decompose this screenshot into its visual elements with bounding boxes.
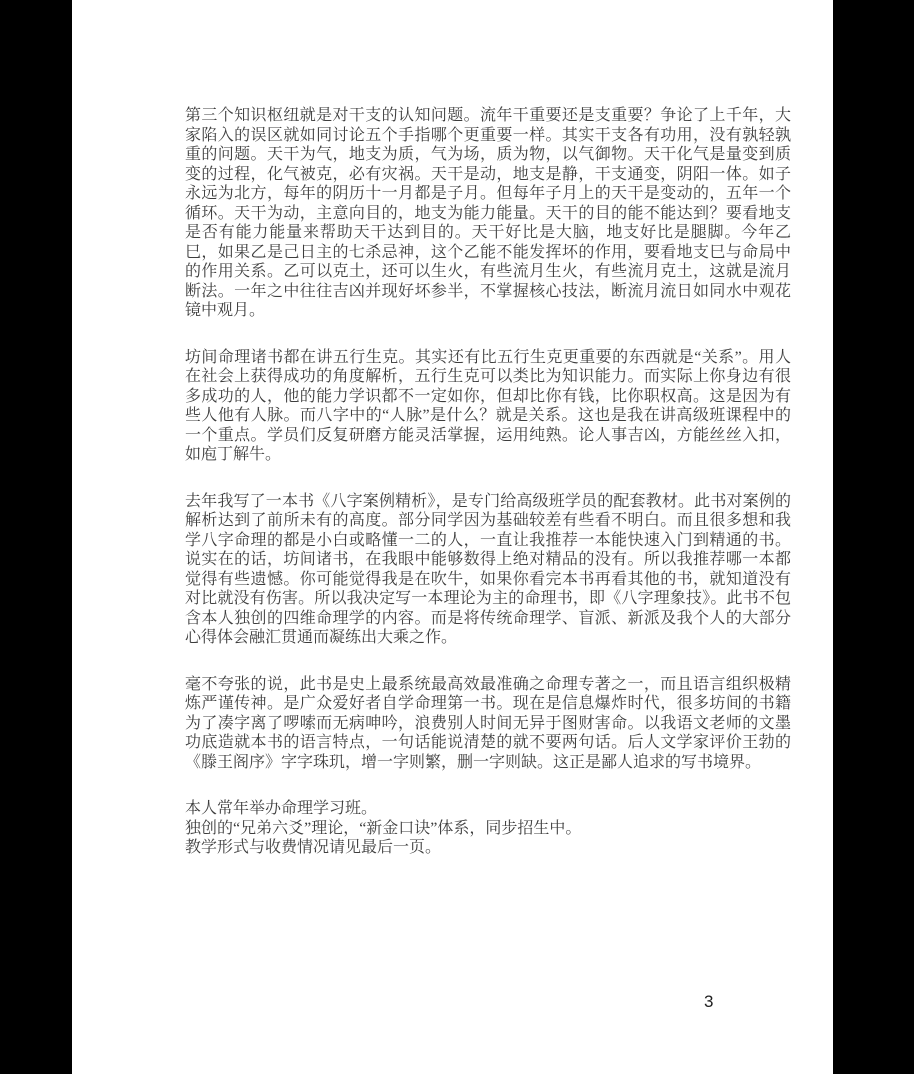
closing-line-theories: 独创的“兄弟六爻”理论，“新金口诀”体系，同步招生中。 xyxy=(185,819,791,839)
left-black-strip xyxy=(0,0,72,1074)
paragraph-book-background: 去年我写了一本书《八字案例精析》，是专门给高级班学员的配套教材。此书对案例的解析… xyxy=(185,492,791,648)
closing-line-classes: 本人常年举办命理学习班。 xyxy=(185,799,791,819)
paragraph-book-praise: 毫不夸张的说，此书是史上最系统最高效最准确之命理专著之一，而且语言组织极精炼严谨… xyxy=(185,675,791,773)
document-page: 第三个知识枢纽就是对干支的认知问题。流年干重要还是支重要？争论了上千年，大家陷入… xyxy=(72,0,833,1074)
page-number: 3 xyxy=(704,992,713,1012)
document-text-block: 第三个知识枢纽就是对干支的认知问题。流年干重要还是支重要？争论了上千年，大家陷入… xyxy=(185,106,791,858)
closing-lines: 本人常年举办命理学习班。 独创的“兄弟六爻”理论，“新金口诀”体系，同步招生中。… xyxy=(185,799,791,858)
closing-line-fees: 教学形式与收费情况请见最后一页。 xyxy=(185,838,791,858)
right-black-strip xyxy=(833,0,914,1074)
paragraph-ganzhi-knowledge: 第三个知识枢纽就是对干支的认知问题。流年干重要还是支重要？争论了上千年，大家陷入… xyxy=(185,106,791,321)
paragraph-wuxing-relations: 坊间命理诸书都在讲五行生克。其实还有比五行生克更重要的东西就是“关系”。用人在社… xyxy=(185,348,791,465)
